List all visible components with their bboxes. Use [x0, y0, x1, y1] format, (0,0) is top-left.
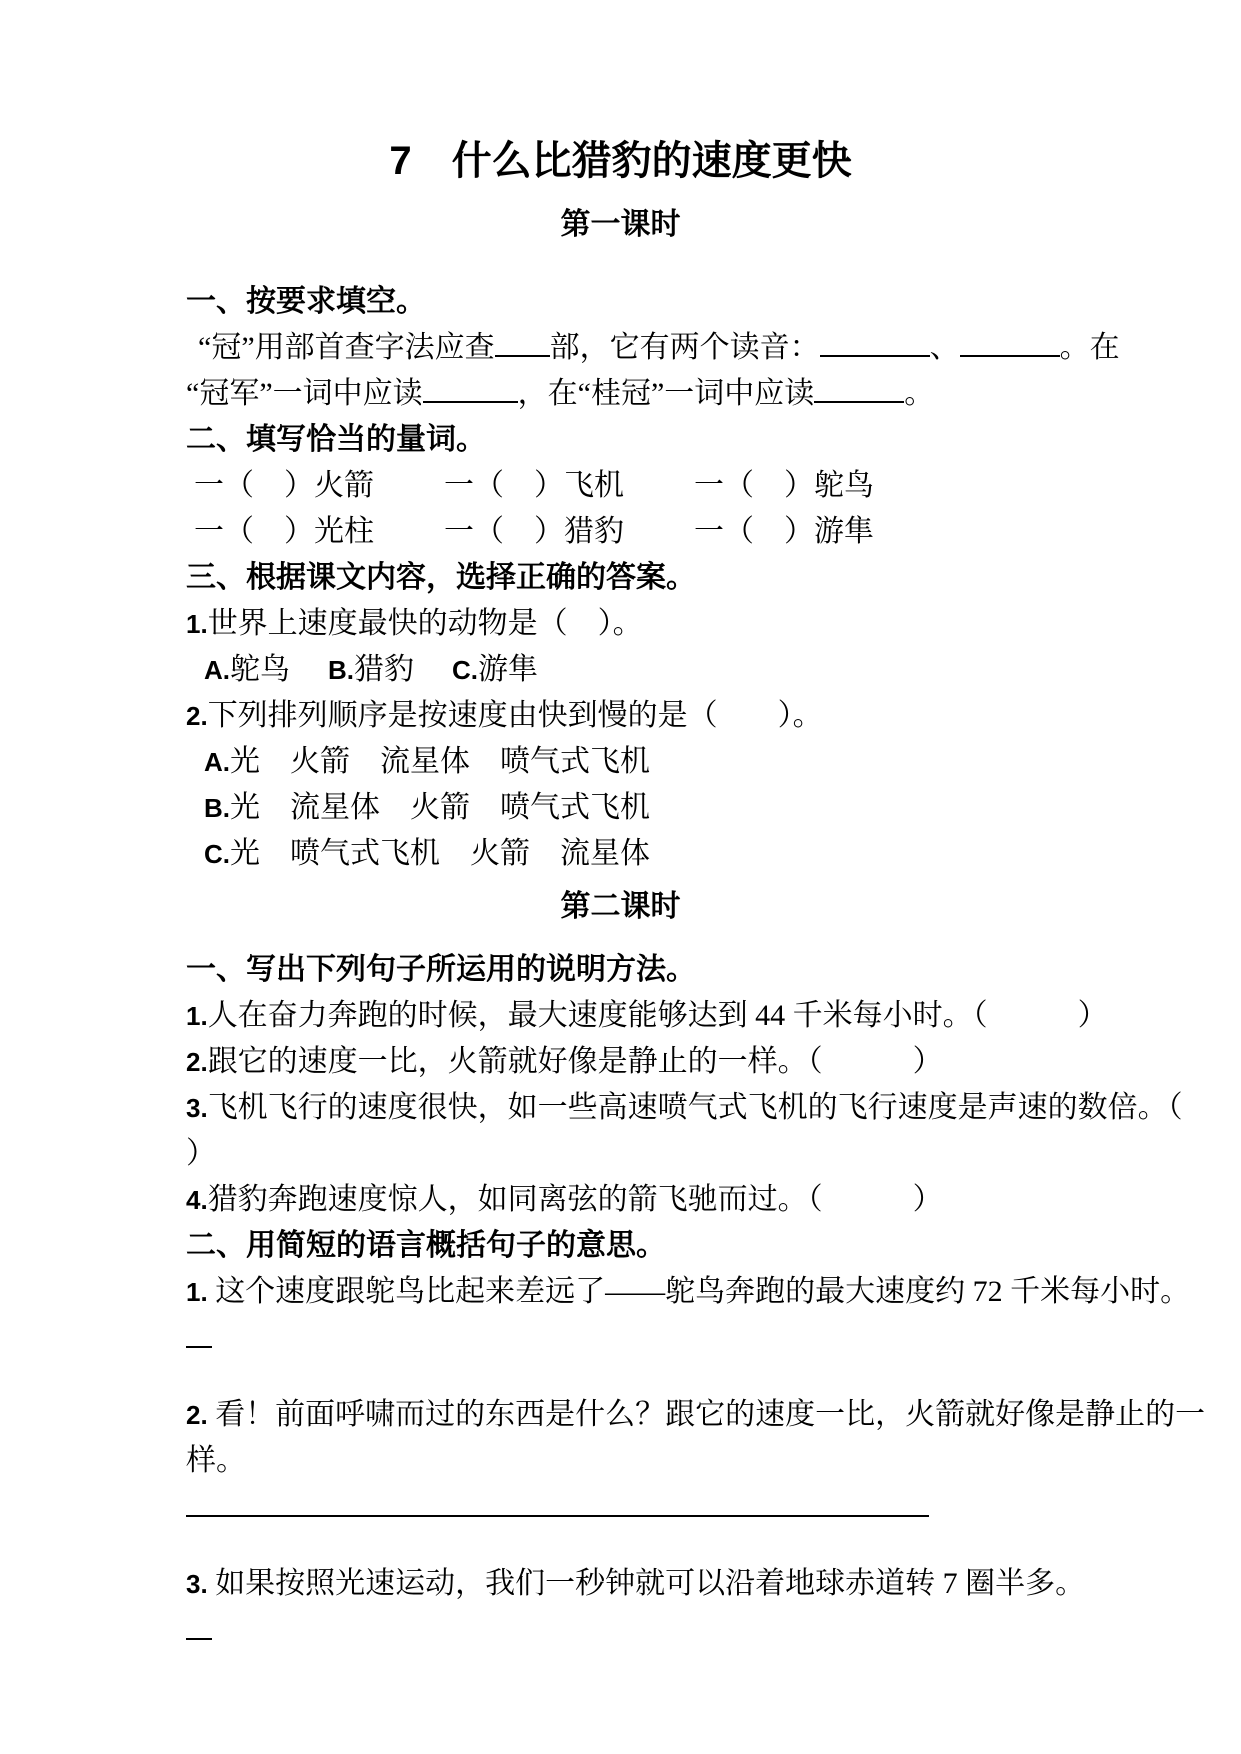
answer-rule-short	[186, 1346, 212, 1348]
page-title: 7 什么比猎豹的速度更快	[186, 136, 1055, 186]
fill-blank-line-1: “冠”用部首查字法应查部，它有两个读音：、。在	[186, 325, 1055, 371]
item-text: ）	[186, 1137, 216, 1170]
item-number: 4.	[186, 1185, 208, 1215]
part1-heading: 第一课时	[186, 202, 1055, 248]
text-segment: “冠”用部首查字法应查	[198, 331, 495, 364]
worksheet-content: 7 什么比猎豹的速度更快 第一课时 一、按要求填空。 “冠”用部首查字法应查部，…	[0, 0, 1241, 1684]
item-number: 1.	[186, 1277, 208, 1307]
quantifier-cell: 一（ ）猎豹	[444, 509, 624, 555]
option-text: 猎豹	[354, 653, 414, 686]
summary-item-3: 3. 如果按照光速运动，我们一秒钟就可以沿着地球赤道转 7 圈半多。	[186, 1561, 1055, 1607]
quantifier-cell: 一（ ）游隼	[694, 509, 874, 555]
option-text: 光 火箭 流星体 喷气式飞机	[230, 745, 650, 778]
option-letter: C.	[452, 655, 478, 685]
question-text: 下列排列顺序是按速度由快到慢的是（ ）。	[208, 699, 823, 732]
question-1: 1.世界上速度最快的动物是（ ）。	[186, 601, 1055, 647]
method-item-4: 4.猎豹奔跑速度惊人，如同离弦的箭飞驰而过。（ ）	[186, 1177, 1055, 1223]
text-segment: ，在“桂冠”一词中应读	[518, 377, 815, 410]
text-segment: 。在	[1060, 331, 1120, 364]
method-item-1: 1.人在奋力奔跑的时候，最大速度能够达到 44 千米每小时。（ ）	[186, 993, 1055, 1039]
method-item-2: 2.跟它的速度一比，火箭就好像是静止的一样。（ ）	[186, 1039, 1055, 1085]
answer-line-2	[186, 1515, 1055, 1561]
option-letter: B.	[204, 793, 230, 823]
part1-section2-heading: 二、填写恰当的量词。	[186, 417, 1055, 463]
answer-line-1	[186, 1346, 1055, 1392]
item-text: 人在奋力奔跑的时候，最大速度能够达到 44 千米每小时。（ ）	[208, 999, 1108, 1032]
answer-line-3	[186, 1638, 1055, 1684]
answer-blank	[495, 325, 550, 357]
item-text: 跟它的速度一比，火箭就好像是静止的一样。（ ）	[208, 1045, 943, 1078]
text-segment: 、	[930, 331, 960, 364]
answer-blank	[960, 325, 1060, 357]
item-text: 飞机飞行的速度很快，如一些高速喷气式飞机的飞行速度是声速的数倍。（	[208, 1091, 1183, 1124]
question-text: 世界上速度最快的动物是（ ）。	[208, 607, 643, 640]
question-2-option-a: A.光 火箭 流星体 喷气式飞机	[186, 739, 1055, 785]
question-number: 2.	[186, 701, 208, 731]
question-1-options: A.鸵鸟B.猎豹C.游隼	[186, 647, 1055, 693]
item-text: 样。	[186, 1444, 246, 1477]
question-number: 1.	[186, 609, 208, 639]
item-text: 看！前面呼啸而过的东西是什么？跟它的速度一比，火箭就好像是静止的一	[208, 1398, 1206, 1431]
summary-item-2-wrap: 样。	[186, 1438, 1055, 1484]
option-letter: A.	[204, 655, 230, 685]
part1-section1-heading: 一、按要求填空。	[186, 279, 1055, 325]
option-text: 游隼	[478, 653, 538, 686]
option-letter: C.	[204, 839, 230, 869]
answer-blank	[423, 371, 518, 403]
option-c: C.游隼	[452, 647, 538, 693]
item-text: 这个速度跟鸵鸟比起来差远了——鸵鸟奔跑的最大速度约 72 千米每小时。	[208, 1275, 1191, 1308]
question-2-option-c: C.光 喷气式飞机 火箭 流星体	[186, 831, 1055, 877]
answer-blank	[814, 371, 904, 403]
item-number: 1.	[186, 1001, 208, 1031]
item-number: 2.	[186, 1400, 208, 1430]
item-text: 猎豹奔跑速度惊人，如同离弦的箭飞驰而过。（ ）	[208, 1183, 943, 1216]
quantifier-cell: 一（ ）鸵鸟	[694, 463, 874, 509]
text-segment: 部，它有两个读音：	[550, 331, 820, 364]
part2-section2-heading: 二、用简短的语言概括句子的意思。	[186, 1223, 1055, 1269]
item-number: 3.	[186, 1569, 208, 1599]
answer-rule-long	[186, 1515, 929, 1517]
answer-rule-short	[186, 1638, 212, 1640]
item-text: 如果按照光速运动，我们一秒钟就可以沿着地球赤道转 7 圈半多。	[208, 1567, 1086, 1600]
part2-heading: 第二课时	[186, 884, 1055, 930]
worksheet-page: 7 什么比猎豹的速度更快 第一课时 一、按要求填空。 “冠”用部首查字法应查部，…	[0, 0, 1241, 1754]
item-number: 2.	[186, 1047, 208, 1077]
answer-blank	[820, 325, 930, 357]
method-item-3: 3.飞机飞行的速度很快，如一些高速喷气式飞机的飞行速度是声速的数倍。（	[186, 1085, 1055, 1131]
option-b: B.猎豹	[328, 647, 414, 693]
option-text: 鸵鸟	[230, 653, 290, 686]
quantifier-cell: 一（ ）光柱	[194, 509, 374, 555]
quantifier-cell: 一（ ）飞机	[444, 463, 624, 509]
summary-item-2: 2. 看！前面呼啸而过的东西是什么？跟它的速度一比，火箭就好像是静止的一	[186, 1392, 1055, 1438]
summary-item-1: 1. 这个速度跟鸵鸟比起来差远了——鸵鸟奔跑的最大速度约 72 千米每小时。	[186, 1269, 1055, 1315]
part1-section3-heading: 三、根据课文内容，选择正确的答案。	[186, 555, 1055, 601]
question-2: 2.下列排列顺序是按速度由快到慢的是（ ）。	[186, 693, 1055, 739]
quantifier-row-1: 一（ ）火箭一（ ）飞机一（ ）鸵鸟	[186, 463, 1055, 509]
text-segment: 。	[904, 377, 934, 410]
option-letter: B.	[328, 655, 354, 685]
option-a: A.鸵鸟	[204, 647, 290, 693]
quantifier-cell: 一（ ）火箭	[194, 463, 374, 509]
option-letter: A.	[204, 747, 230, 777]
quantifier-row-2: 一（ ）光柱一（ ）猎豹一（ ）游隼	[186, 509, 1055, 555]
text-segment: “冠军”一词中应读	[186, 377, 423, 410]
method-item-3-wrap: ）	[186, 1131, 1055, 1177]
question-2-option-b: B.光 流星体 火箭 喷气式飞机	[186, 785, 1055, 831]
part2-section1-heading: 一、写出下列句子所运用的说明方法。	[186, 947, 1055, 993]
option-text: 光 流星体 火箭 喷气式飞机	[230, 791, 650, 824]
option-text: 光 喷气式飞机 火箭 流星体	[230, 837, 650, 870]
item-number: 3.	[186, 1093, 208, 1123]
fill-blank-line-2: “冠军”一词中应读，在“桂冠”一词中应读。	[186, 371, 1055, 417]
